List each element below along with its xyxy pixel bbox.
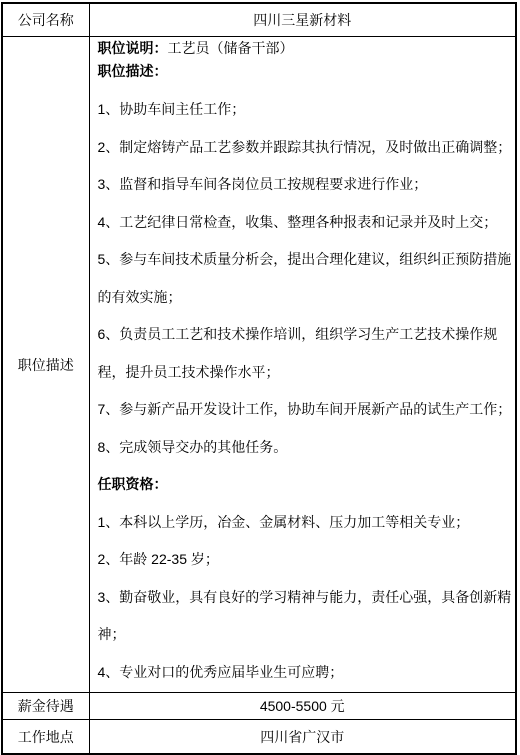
company-row: 公司名称 四川三星新材料 [2,3,516,37]
qualification-item-2: 2、年龄 22-35 岁； [98,541,515,579]
position-title-line: 职位说明：工艺员（储备干部） [98,37,515,60]
qualification-item-1: 1、本科以上学历，冶金、金属材料、压力加工等相关专业； [98,504,515,542]
position-title-label: 职位说明： [98,40,168,56]
job-description-row: 职位描述 职位说明：工艺员（储备干部） 职位描述： 1、协助车间主任工作； 2、… [2,37,516,693]
duty-item-8: 8、完成领导交办的其他任务。 [98,429,515,467]
qualifications-heading: 任职资格： [98,466,515,504]
duty-item-7: 7、参与新产品开发设计工作，协助车间开展新产品的试生产工作； [98,391,515,429]
duty-item-2: 2、制定熔铸产品工艺参数并跟踪其执行情况，及时做出正确调整； [98,129,515,167]
duties-and-qualifications-list: 1、协助车间主任工作； 2、制定熔铸产品工艺参数并跟踪其执行情况，及时做出正确调… [98,91,515,691]
company-name-value: 四川三星新材料 [89,3,516,37]
location-value: 四川省广汉市 [89,720,516,755]
duty-item-6: 6、负责员工工艺和技术操作培训，组织学习生产工艺技术操作规程，提升员工技术操作水… [98,316,515,391]
salary-row: 薪金待遇 4500-5500 元 [2,693,516,720]
duty-item-1: 1、协助车间主任工作； [98,91,515,129]
salary-value: 4500-5500 元 [89,693,516,720]
position-title-value: 工艺员（储备干部） [168,40,294,56]
job-posting-table: 公司名称 四川三星新材料 职位描述 职位说明：工艺员（储备干部） 职位描述： 1… [1,2,517,755]
duty-item-3: 3、监督和指导车间各岗位员工按规程要求进行作业； [98,166,515,204]
duty-item-5: 5、参与车间技术质量分析会，提出合理化建议，组织纠正预防措施的有效实施； [98,241,515,316]
job-description-content: 职位说明：工艺员（储备干部） 职位描述： 1、协助车间主任工作； 2、制定熔铸产… [89,37,516,693]
qualification-item-3: 3、勤奋敬业，具有良好的学习精神与能力，责任心强，具备创新精神； [98,579,515,654]
duty-item-4: 4、工艺纪律日常检查，收集、整理各种报表和记录并及时上交； [98,204,515,242]
location-label: 工作地点 [2,720,89,755]
location-row: 工作地点 四川省广汉市 [2,720,516,755]
qualification-item-4: 4、专业对口的优秀应届毕业生可应聘； [98,654,515,692]
duties-heading: 职位描述： [98,60,515,83]
job-description-label: 职位描述 [2,37,89,693]
salary-label: 薪金待遇 [2,693,89,720]
company-name-label: 公司名称 [2,3,89,37]
